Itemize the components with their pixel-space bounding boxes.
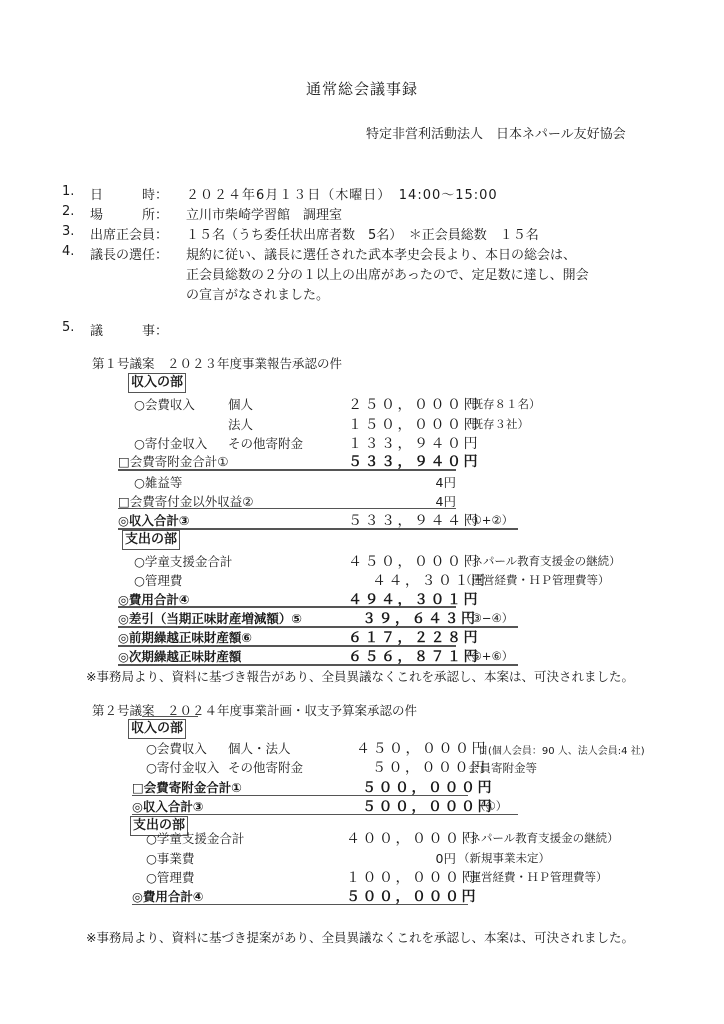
item-4-line-3: の宣言がなされました。 (186, 284, 329, 303)
agenda1-row-sub: その他寄附金 (228, 434, 303, 452)
item-1-no: 1. (62, 184, 74, 199)
agenda1-expense-note: （運営経費・ＨＰ管理費等） (460, 572, 610, 588)
agenda2-expense-note: （新規事業未定） (458, 850, 550, 866)
agenda1-row-sub: 個人 (228, 395, 253, 413)
underline (118, 664, 518, 666)
agenda1-row-amount: １３３，９４０円 (348, 433, 480, 453)
agenda1-difference-label: ◎差引（当期正味財産増減額）⑤ (118, 609, 302, 627)
underline (132, 814, 518, 815)
agenda1-row-sub: 法人 (228, 415, 253, 433)
agenda1-income-header: 収入の部 (128, 373, 186, 393)
item-4-line-2: 正会員総数の２分の１以上の出席があったので、定足数に達し、開会 (186, 264, 589, 283)
agenda2-heading: 第２号議案 ２０２４年度事業計画・収支予算案承認の件 (92, 701, 417, 719)
item-3-no: 3. (62, 224, 74, 239)
item-5-label: 議 事： (90, 320, 168, 339)
item-4-line-1: 規約に従い、議長に選任された武本孝史会長より、本日の総会は、 (186, 244, 576, 263)
agenda2-expense-label: ○学童支援金合計 (146, 829, 244, 847)
agenda2-row-note: 目(個人会員：90 人、法人会員:4 社) (478, 742, 645, 757)
agenda2-income-header: 収入の部 (128, 719, 186, 739)
agenda1-expense-label: ○学童支援金合計 (134, 552, 232, 570)
underline (142, 716, 198, 717)
agenda1-subtotal-label: □会費寄附金合計① (118, 452, 229, 470)
item-2-no: 2. (62, 204, 74, 219)
agenda2-result: ※事務局より、資料に基づき提案があり、全員異議なくこれを承認し、本案は、可決され… (86, 928, 634, 946)
underline (118, 508, 456, 509)
agenda1-row-label: ○寄付金収入 (134, 434, 207, 452)
agenda1-row-label: ○雑益等 (134, 473, 182, 491)
document-title: 通常総会議事録 (0, 78, 724, 99)
agenda2-expense-total-amount: ５００，０００円 (346, 886, 478, 906)
agenda1-row-note: （既存８１名） (460, 396, 541, 412)
item-1-label: 日 時： (90, 184, 168, 203)
item-3-value: １５名（うち委任状出席者数 5名） ＊正会員総数 １５名 (186, 224, 539, 243)
agenda1-expense-note: （ネパール教育支援金の継続） (460, 553, 621, 569)
underline (118, 469, 456, 471)
underline (132, 904, 468, 905)
agenda2-row-label: ○寄付金収入 (146, 758, 219, 776)
agenda2-row-amount: ４５０，０００円 (356, 738, 488, 758)
agenda1-prev-assets-label: ◎前期繰越正味財産額⑥ (118, 628, 252, 646)
agenda2-row-sub: その他寄附金 (228, 758, 303, 776)
agenda1-row-label: ○会費収入 (134, 395, 195, 413)
agenda2-row-sub: 個人・法人 (228, 739, 291, 757)
agenda1-row-note: （既存３社） (460, 416, 529, 432)
agenda1-income-total-note: （①+②） (460, 512, 513, 528)
item-2-value: 立川市柴崎学習館 調理室 (186, 204, 342, 223)
agenda1-heading: 第１号議案 ２０２３年度事業報告承認の件 (92, 354, 342, 372)
agenda2-income-total-note: （①） (474, 798, 507, 814)
agenda2-subtotal-label: □会費寄附金合計① (132, 778, 242, 796)
agenda1-subtotal-amount: ５３３，９４０円 (348, 451, 480, 471)
agenda2-income-total-label: ◎収入合計③ (132, 797, 204, 815)
agenda1-income-total-label: ◎収入合計③ (118, 511, 190, 529)
item-4-no: 4. (62, 244, 74, 259)
agenda1-result: ※事務局より、資料に基づき報告があり、全員異議なくこれを承認し、本案は、可決され… (86, 667, 634, 685)
agenda2-expense-note: （運営経費・ＨＰ管理費等） (458, 869, 608, 885)
agenda1-expense-header: 支出の部 (122, 530, 180, 550)
organization-name: 特定非営利活動法人 日本ネパール友好協会 (366, 123, 626, 142)
agenda2-subtotal-amount: ５００，０００円 (362, 777, 494, 797)
agenda2-row-label: ○会費収入 (146, 739, 207, 757)
agenda2-row-note: 会員寄附金等 (468, 760, 537, 776)
item-5-no: 5. (62, 320, 74, 335)
agenda1-difference-note: （③−④） (460, 610, 513, 626)
agenda1-prev-assets-amount: ６１７，２２８円 (348, 627, 480, 647)
item-4-label: 議長の選任： (90, 244, 168, 263)
agenda2-expense-label: ○管理費 (146, 868, 194, 886)
agenda1-next-assets-note: （⑤+⑥） (460, 648, 513, 664)
agenda2-expense-note: （ネパール教育支援金の継続） (458, 830, 619, 846)
agenda1-expense-label: ○管理費 (134, 571, 182, 589)
item-3-label: 出席正会員： (90, 224, 168, 243)
item-1-value: ２０２４年6月１３日（木曜日） 14:00～15:00 (186, 184, 498, 203)
agenda1-next-assets-label: ◎次期繰越正味財産額 (118, 647, 241, 665)
agenda2-expense-label: ○事業費 (146, 849, 194, 867)
agenda1-row-amount: 4円 (380, 473, 456, 491)
agenda2-expense-total-label: ◎費用合計④ (132, 887, 204, 905)
item-2-label: 場 所： (90, 204, 168, 223)
agenda2-expense-amount: 0円 (380, 849, 456, 867)
